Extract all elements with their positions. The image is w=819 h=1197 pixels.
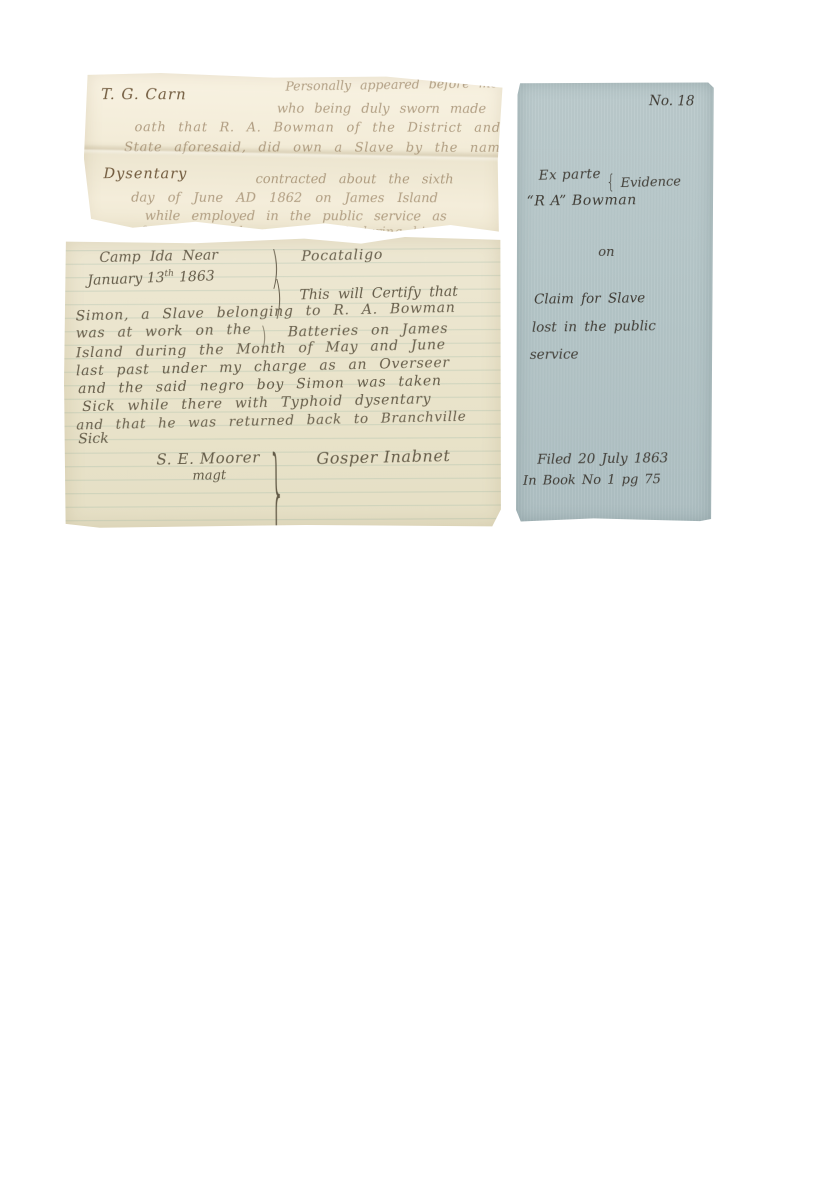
signature-brace-icon: } xyxy=(268,440,285,551)
witness-signature: S. E. Moorer xyxy=(156,449,260,468)
docket-claim-line: service xyxy=(530,347,579,362)
affidavit-line-employed: while employed in the public service as xyxy=(145,210,447,225)
docket-book-line: In Book No 1 pg 75 xyxy=(523,473,661,489)
scan-background: Personally appeared before me T. G. Carn… xyxy=(0,0,819,1197)
affidavit-line-oath: oath that R. A. Bowman of the District a… xyxy=(134,121,500,136)
docket-on-word: on xyxy=(598,246,614,260)
certificate-body-line: Sick xyxy=(78,432,109,448)
affidavit-intro-line: Personally appeared before me xyxy=(285,76,498,93)
docket-claim-line: Claim for Slave xyxy=(534,291,645,307)
docket-exparte: Ex parte xyxy=(538,167,601,184)
affidavit-line-treated: aforesaid and he was treated during his xyxy=(132,226,431,241)
affidavit-fragment: Personally appeared before me T. G. Carn… xyxy=(83,70,504,238)
witness-title: magt xyxy=(192,469,226,484)
docket-claimant-name: “R A” Bowman xyxy=(526,193,637,210)
main-signature: Gosper Inabnet xyxy=(316,447,450,468)
affidavit-line-contracted: contracted about the sixth xyxy=(255,173,453,188)
certificate-place: Pocataligo xyxy=(301,248,383,265)
certificate-document: Camp Ida Near ) Pocataligo January 13th1… xyxy=(63,236,503,529)
affidavit-line-sworn: who being duly sworn made xyxy=(277,103,486,118)
certificate-dateline: January 13th1863 xyxy=(87,268,215,289)
affidavit-word-dysentary: Dysentary xyxy=(104,167,188,183)
certificate-date-year: 1863 xyxy=(179,268,215,285)
affidavit-line-date: day of June AD 1862 on James Island xyxy=(131,192,438,207)
docket-evidence: Evidence xyxy=(620,175,681,191)
docket-claim-line: lost in the public xyxy=(532,319,656,335)
docket-filed-line: Filed 20 July 1863 xyxy=(537,451,668,467)
docket-brace-icon: { xyxy=(607,172,615,195)
deponent-name: T. G. Carn xyxy=(101,86,187,103)
certificate-date-main: January 13 xyxy=(87,270,165,289)
certificate-camp-line: Camp Ida Near xyxy=(99,248,218,266)
docket-number: No. 18 xyxy=(649,94,695,109)
certificate-body-line: was at work on the xyxy=(76,323,252,342)
docket-cover: No. 18 Ex parte { Evidence “R A” Bowman … xyxy=(515,81,714,522)
certificate-date-ordinal: th xyxy=(164,269,174,279)
